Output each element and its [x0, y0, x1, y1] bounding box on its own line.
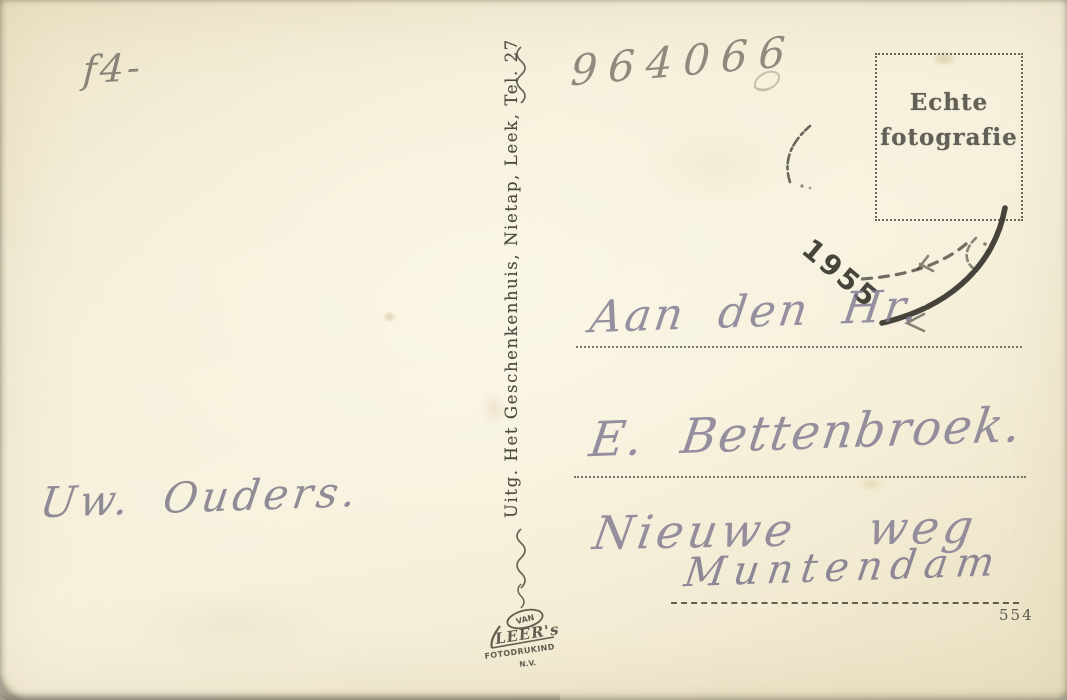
bottom-edge-shadow [0, 692, 560, 700]
age-spot [480, 390, 508, 428]
handwritten-address-town: Muntendam [681, 539, 1005, 596]
publisher-imprint: Uitg. Het Geschenkenhuis, Nietap, Leek, … [502, 106, 540, 518]
age-spot [382, 311, 397, 323]
age-spot [858, 476, 884, 493]
printer-logo-trade: FOTODRUKIND [484, 642, 555, 661]
address-rule-1 [576, 346, 1022, 348]
postmark-inner-arc-icon [862, 244, 966, 279]
printer-logo-suffix: N.V. [519, 658, 537, 669]
address-rule-3 [671, 602, 1019, 604]
address-rule-2 [574, 476, 1026, 478]
handwritten-message: Uw. Ouders. [37, 467, 363, 527]
toning-patch [640, 120, 790, 210]
print-number: 554 [999, 606, 1034, 624]
age-spot [930, 50, 958, 67]
printer-logo: VAN LEER's FOTODRUKIND N.V. [476, 582, 586, 670]
postcard-back: f4- 964066 Echte fotografie 1955 [0, 0, 1067, 700]
printer-logo-thread-icon [518, 584, 524, 608]
handwritten-address-name: E. Bettenbroek. [586, 397, 1026, 468]
postmark-arc-fragment-icon [787, 126, 810, 182]
publisher-bottom-squiggle-icon [513, 528, 529, 590]
pencil-price-mark: f4- [82, 45, 144, 92]
publisher-column: Uitg. Het Geschenkenhuis, Nietap, Leek, … [502, 40, 540, 620]
faint-pencil-mark [752, 68, 782, 94]
toning-patch [120, 590, 340, 660]
